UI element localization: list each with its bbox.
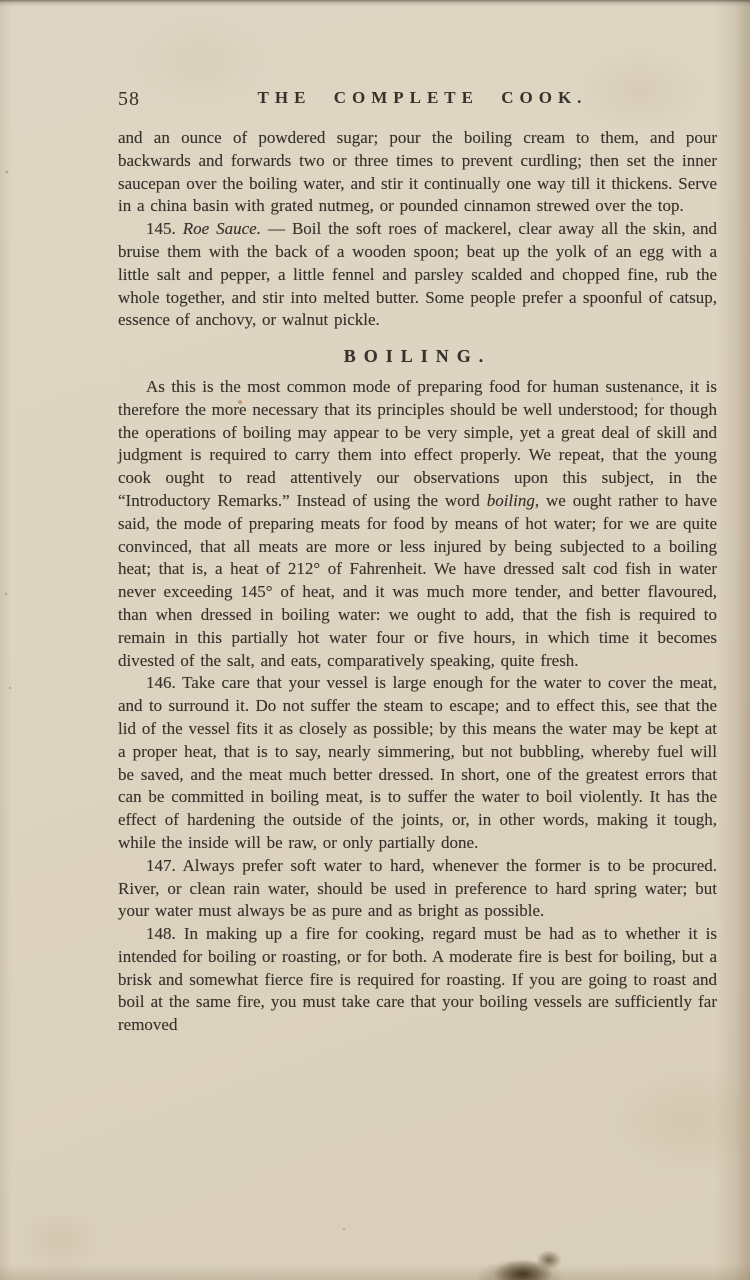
running-title: THE COMPLETE COOK. [118, 88, 717, 108]
paragraph-147: 147. Always prefer soft water to hard, w… [118, 855, 717, 923]
boiling-intro-italic-word: boiling [487, 491, 535, 510]
page-text-column: and an ounce of powdered sugar; pour the… [118, 127, 717, 1037]
paragraph-148: 148. In making up a fire for cooking, re… [118, 923, 717, 1037]
paragraph-boiling-intro: As this is the most common mode of prepa… [118, 376, 717, 672]
paragraph-146: 146. Take care that your vessel is large… [118, 672, 717, 854]
paragraph-145-roe-sauce: 145. Roe Sauce. — Boil the soft roes of … [118, 218, 717, 332]
page-header: 58 THE COMPLETE COOK. [118, 88, 717, 114]
recipe-145-title: Roe Sauce. [183, 219, 261, 238]
recipe-145-number: 145. [146, 219, 176, 238]
boiling-intro-part-b: , we ought rather to have said, the mode… [118, 491, 717, 670]
scanned-book-page: 58 THE COMPLETE COOK. and an ounce of po… [0, 0, 750, 1280]
page-number: 58 [118, 88, 140, 111]
paragraph-continuation: and an ounce of powdered sugar; pour the… [118, 127, 717, 218]
section-heading-boiling: BOILING. [118, 345, 717, 368]
